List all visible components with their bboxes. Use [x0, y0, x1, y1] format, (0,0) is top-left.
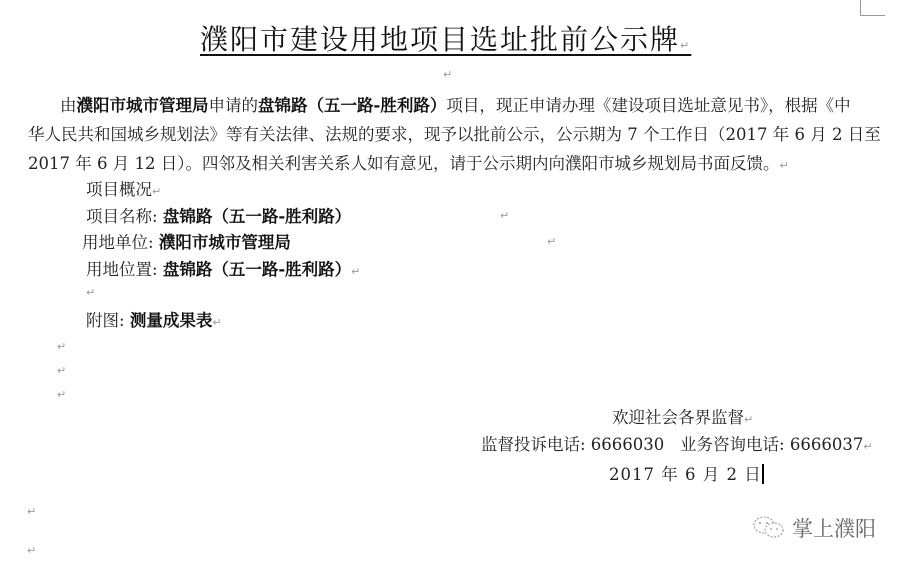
paragraph-mark: ↵ [680, 39, 691, 52]
field-value: 濮阳市城市管理局 [159, 233, 291, 252]
text-cursor [762, 464, 764, 484]
field-value: 盘锦路（五一路-胜利路） [163, 260, 351, 279]
paragraph-mark: ↵ [57, 340, 66, 353]
overview-heading: 项目概况↵ [86, 176, 161, 200]
paragraph-mark: ↵ [863, 440, 872, 453]
paragraph-mark: ↵ [212, 316, 221, 329]
paragraph-mark: ↵ [779, 159, 788, 172]
paragraph-mark: ↵ [500, 209, 509, 222]
contact-phones: 监督投诉电话: 6666030 业务咨询电话: 6666037↵ [481, 431, 873, 455]
paragraph-mark: ↵ [27, 544, 36, 557]
paragraph-mark: ↵ [744, 413, 753, 426]
paragraph-line-3: 2017 年 6 月 12 日）。四邻及相关利害关系人如有意见，请于公示期内向濮… [28, 150, 789, 174]
paragraph-mark: ↵ [27, 505, 36, 518]
paragraph-mark: ↵ [547, 235, 556, 248]
text: 监督投诉电话: 6666030 业务咨询电话: 6666037 [481, 435, 863, 454]
paragraph-mark: ↵ [351, 265, 360, 278]
field-land-location: 用地位置: 盘锦路（五一路-胜利路）↵ [86, 256, 360, 280]
document-title: 濮阳市建设用地项目选址批前公示牌↵ [200, 18, 691, 58]
watermark-text: 掌上濮阳 [792, 517, 876, 541]
applicant-name: 濮阳市城市管理局 [77, 96, 209, 115]
text: 2017 年 6 月 12 日）。四邻及相关利害关系人如有意见，请于公示期内向濮… [28, 154, 779, 173]
field-label: 用地位置: [86, 260, 158, 279]
paragraph-mark: ↵ [152, 185, 161, 198]
attachment: 附图: 测量成果表↵ [86, 307, 222, 331]
watermark: 掌上濮阳 [752, 513, 876, 546]
attachment-value: 测量成果表 [130, 311, 213, 330]
project-name: 盘锦路（五一路-胜利路） [258, 96, 446, 115]
field-land-unit: 用地单位: 濮阳市城市管理局 [82, 229, 291, 253]
paragraph-mark: ↵ [57, 388, 66, 401]
paragraph-mark: ↵ [86, 286, 95, 299]
page-corner-marker [860, 0, 885, 16]
field-label: 项目名称: [86, 207, 158, 226]
paragraph-mark: ↵ [443, 68, 452, 81]
attachment-label: 附图: [86, 311, 125, 330]
field-project-name: 项目名称: 盘锦路（五一路-胜利路） [86, 203, 351, 227]
field-label: 用地单位: [82, 233, 154, 252]
text: 项目，现正申请办理《建设项目选址意见书》，根据《中 [446, 96, 850, 115]
text: 申请的 [209, 96, 259, 115]
paragraph-line-2: 华人民共和国城乡规划法》等有关法律、法规的要求，现予以批前公示，公示期为 7 个… [28, 121, 881, 145]
text: 2017 年 6 月 2 日 [609, 465, 762, 484]
heading-text: 项目概况 [86, 180, 152, 199]
text: 由 [60, 96, 77, 115]
welcome-text: 欢迎社会各界监督↵ [612, 404, 753, 428]
paragraph-line-1: 由濮阳市城市管理局申请的盘锦路（五一路-胜利路）项目，现正申请办理《建设项目选址… [60, 92, 851, 116]
notice-date: 2017 年 6 月 2 日 [609, 461, 764, 485]
wechat-icon [752, 515, 786, 546]
paragraph-mark: ↵ [57, 364, 66, 377]
text: 欢迎社会各界监督 [612, 408, 744, 427]
title-text: 濮阳市建设用地项目选址批前公示牌 [200, 23, 680, 56]
field-value: 盘锦路（五一路-胜利路） [163, 207, 351, 226]
